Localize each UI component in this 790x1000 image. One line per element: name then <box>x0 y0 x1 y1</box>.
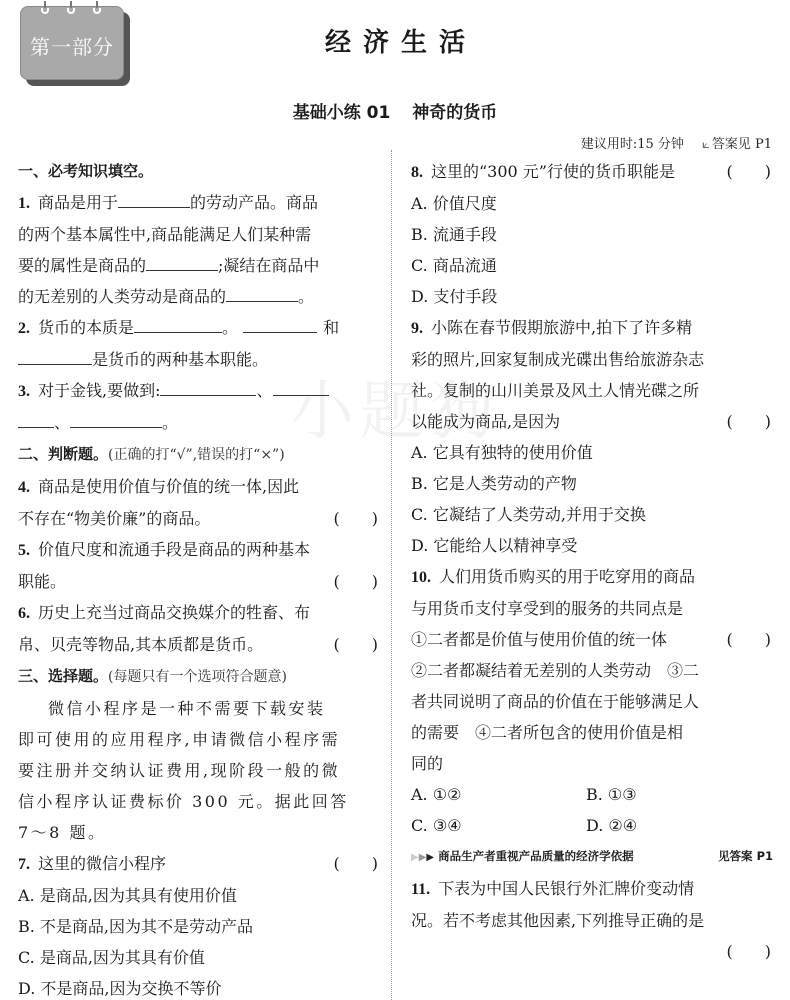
question-number: 6. <box>18 605 30 622</box>
lesson-meta: 建议用时:15 分钟 ⟀答案见 P1 <box>581 133 772 152</box>
column-divider <box>391 150 392 1000</box>
question-4: 4.商品是使用价值与价值的统一体,因此 不存在“物美价廉”的商品。( ) <box>18 471 380 534</box>
question-number: 11. <box>411 881 430 898</box>
statement-4: 的需要 ④二者所包含的使用价值是相 <box>411 717 773 748</box>
statement-3-cont: 者共同说明了商品的价值在于能够满足人 <box>411 686 773 717</box>
option-a[interactable]: A. 价值尺度 <box>411 188 773 219</box>
question-text: 的劳动产品。商品 <box>190 193 318 212</box>
material-text: 7～8 题。 <box>18 817 380 848</box>
binder-ring-icon <box>93 1 101 15</box>
material-text: 即可使用的应用程序,申请微信小程序需 <box>18 724 380 755</box>
question-text: 。 <box>222 318 238 337</box>
right-column: 8.这里的“300 元”行使的货币职能是( ) A. 价值尺度 B. 流通手段 … <box>411 156 773 936</box>
option-b[interactable]: B. ①③ <box>586 779 761 810</box>
option-a[interactable]: A. 它具有独特的使用价值 <box>411 437 773 468</box>
lesson-title: 基础小练 01神奇的货币 <box>0 98 790 123</box>
question-text: 以能成为商品,是因为 <box>411 412 560 431</box>
question-number: 10. <box>411 569 431 586</box>
section-title: 三、选择题。 <box>18 667 108 685</box>
statement-2-3: ②二者都凝结着无差别的人类劳动 ③二 <box>411 655 773 686</box>
answer-parentheses[interactable]: ( ) <box>727 936 772 967</box>
question-2: 2.货币的本质是。 和 是货币的两种基本职能。 <box>18 312 380 375</box>
question-number: 9. <box>411 320 423 337</box>
question-number: 7. <box>18 856 30 873</box>
option-d[interactable]: D. ②④ <box>586 810 761 841</box>
section-note: (正确的打“√”,错误的打“×”) <box>108 447 285 463</box>
section-heading-judgement: 二、判断题。(正确的打“√”,错误的打“×”) <box>18 438 380 471</box>
answer-blank[interactable] <box>70 409 162 428</box>
question-text: 小陈在春节假期旅游中,拍下了许多精 <box>431 318 692 337</box>
question-text: 这里的“300 元”行使的货币职能是 <box>431 162 675 181</box>
section-title: 二、判断题。 <box>18 445 108 463</box>
question-number: 5. <box>18 542 30 559</box>
question-7: 7.这里的微信小程序( ) A. 是商品,因为其具有使用价值 B. 不是商品,因… <box>18 848 380 1000</box>
answer-blank[interactable] <box>273 377 329 396</box>
option-c[interactable]: C. 是商品,因为其具有价值 <box>18 942 380 973</box>
separator: 、 <box>256 381 272 400</box>
question-text: 社。复制的山川美景及风土人情光碟之所 <box>411 375 773 406</box>
question-text: 的两个基本属性中,商品能满足人们某种需 <box>18 219 380 250</box>
question-text: 是货币的两种基本职能。 <box>92 350 268 369</box>
question-number: 3. <box>18 383 30 400</box>
question-number: 4. <box>18 479 30 496</box>
question-text: 帛、贝壳等物品,其本质都是货币。 <box>18 635 263 654</box>
question-text: 。 <box>298 287 314 306</box>
question-text: 人们用货币购买的用于吃穿用的商品 <box>439 567 695 586</box>
question-text: 商品是用于 <box>38 193 118 212</box>
question-10: 10.人们用货币购买的用于吃穿用的商品 与用货币支付享受到的服务的共同点是 ( … <box>411 561 773 841</box>
answer-blank[interactable] <box>226 283 298 302</box>
tip-banner: ▶▶▶ 商品生产者重视产品质量的经济学依据 见答案 P1 <box>411 841 773 873</box>
question-text: 和 <box>323 318 339 337</box>
question-8: 8.这里的“300 元”行使的货币职能是( ) A. 价值尺度 B. 流通手段 … <box>411 156 773 312</box>
option-b[interactable]: B. 流通手段 <box>411 219 773 250</box>
option-a[interactable]: A. 是商品,因为其具有使用价值 <box>18 880 380 911</box>
section-note: (每题只有一个选项符合题意) <box>108 669 287 685</box>
answer-parentheses[interactable]: ( ) <box>334 629 379 660</box>
answer-blank[interactable] <box>18 346 92 365</box>
answer-parentheses[interactable]: ( ) <box>334 848 379 879</box>
question-text: ;凝结在商品中 <box>218 256 319 275</box>
question-text: 要的属性是商品的 <box>18 256 146 275</box>
question-text: 下表为中国人民银行外汇牌价变动情 <box>438 879 694 898</box>
option-d[interactable]: D. 支付手段 <box>411 281 773 312</box>
question-number: 1. <box>18 195 30 212</box>
section-heading-fill-blank: 一、必考知识填空。 <box>18 156 380 187</box>
question-3: 3.对于金钱,要做到:、 、。 <box>18 375 380 438</box>
question-text: 不存在“物美价廉”的商品。 <box>18 509 210 528</box>
option-c[interactable]: C. ③④ <box>411 810 586 841</box>
question-text: 价值尺度和流通手段是商品的两种基本 <box>38 540 310 559</box>
question-text: 职能。 <box>18 572 66 591</box>
answer-blank[interactable] <box>146 252 218 271</box>
answer-parentheses[interactable]: ( ) <box>334 566 379 597</box>
option-b[interactable]: B. 不是商品,因为其不是劳动产品 <box>18 911 380 942</box>
question-text: 的无差别的人类劳动是商品的 <box>18 287 226 306</box>
answer-blank[interactable] <box>134 314 222 333</box>
material-text: 要注册并交纳认证费用,现阶段一般的微 <box>18 755 380 786</box>
question-text: 货币的本质是 <box>38 318 134 337</box>
question-1: 1.商品是用于的劳动产品。商品 的两个基本属性中,商品能满足人们某种需 要的属性… <box>18 187 380 312</box>
material-text: 微信小程序是一种不需要下载安装 <box>18 693 380 724</box>
question-text: 与用货币支付享受到的服务的共同点是 <box>411 593 773 624</box>
question-9: 9.小陈在春节假期旅游中,拍下了许多精 彩的照片,回家复制成光碟出售给旅游杂志 … <box>411 312 773 561</box>
option-d[interactable]: D. 它能给人以精神享受 <box>411 530 773 561</box>
binder-ring-icon <box>67 1 75 15</box>
question-number: 8. <box>411 164 423 181</box>
answer-blank[interactable] <box>243 314 317 333</box>
binder-ring-icon <box>41 1 49 15</box>
answer-parentheses[interactable]: ( ) <box>727 406 772 437</box>
answer-blank[interactable] <box>118 189 190 208</box>
question-text: 对于金钱,要做到: <box>38 381 160 400</box>
option-b[interactable]: B. 它是人类劳动的产物 <box>411 468 773 499</box>
option-d[interactable]: D. 不是商品,因为交换不等价 <box>18 973 380 1000</box>
question-text: 历史上充当过商品交换媒介的牲畜、布 <box>38 603 310 622</box>
section-heading-choice: 三、选择题。(每题只有一个选项符合题意) <box>18 660 380 693</box>
tip-text: 商品生产者重视产品质量的经济学依据 <box>438 849 634 863</box>
question-6: 6.历史上充当过商品交换媒介的牲畜、布 帛、贝壳等物品,其本质都是货币。( ) <box>18 597 380 660</box>
check-icon: ⟀ <box>702 137 710 152</box>
question-text: 这里的微信小程序 <box>38 854 166 873</box>
statement-4-cont: 同的 <box>411 748 773 779</box>
question-text: 彩的照片,回家复制成光碟出售给旅游杂志 <box>411 344 773 375</box>
suggested-time: 建议用时:15 分钟 <box>581 137 684 152</box>
question-number: 2. <box>18 320 30 337</box>
option-c[interactable]: C. 它凝结了人类劳动,并用于交换 <box>411 499 773 530</box>
triple-arrow-icon: ▶▶▶ <box>411 849 434 863</box>
question-text: 商品是使用价值与价值的统一体,因此 <box>38 477 299 496</box>
page-title: 经济生活 <box>0 22 790 59</box>
question-11: 11.下表为中国人民银行外汇牌价变动情 况。若不考虑其他因素,下列推导正确的是 … <box>411 873 773 936</box>
option-a[interactable]: A. ①② <box>411 779 586 810</box>
statement-1: ①二者都是价值与使用价值的统一体 <box>411 624 773 655</box>
separator: 、 <box>54 413 70 432</box>
answer-reference: 答案见 P1 <box>712 137 772 152</box>
answer-blank[interactable] <box>18 409 54 428</box>
question-text: 。 <box>162 413 178 432</box>
answer-blank[interactable] <box>160 377 256 396</box>
question-text: 况。若不考虑其他因素,下列推导正确的是 <box>411 905 773 936</box>
answer-parentheses[interactable]: ( ) <box>334 503 379 534</box>
lesson-topic: 神奇的货币 <box>412 103 497 123</box>
left-column: 一、必考知识填空。 1.商品是用于的劳动产品。商品 的两个基本属性中,商品能满足… <box>18 156 380 1000</box>
answer-parentheses[interactable]: ( ) <box>727 156 772 187</box>
option-c[interactable]: C. 商品流通 <box>411 250 773 281</box>
lesson-code: 基础小练 01 <box>293 103 391 123</box>
tip-answer-reference: 见答案 P1 <box>718 841 773 873</box>
material-text: 信小程序认证费标价 300 元。据此回答 <box>18 786 380 817</box>
question-5: 5.价值尺度和流通手段是商品的两种基本 职能。( ) <box>18 534 380 597</box>
reading-material: 微信小程序是一种不需要下载安装 即可使用的应用程序,申请微信小程序需 要注册并交… <box>18 693 380 848</box>
